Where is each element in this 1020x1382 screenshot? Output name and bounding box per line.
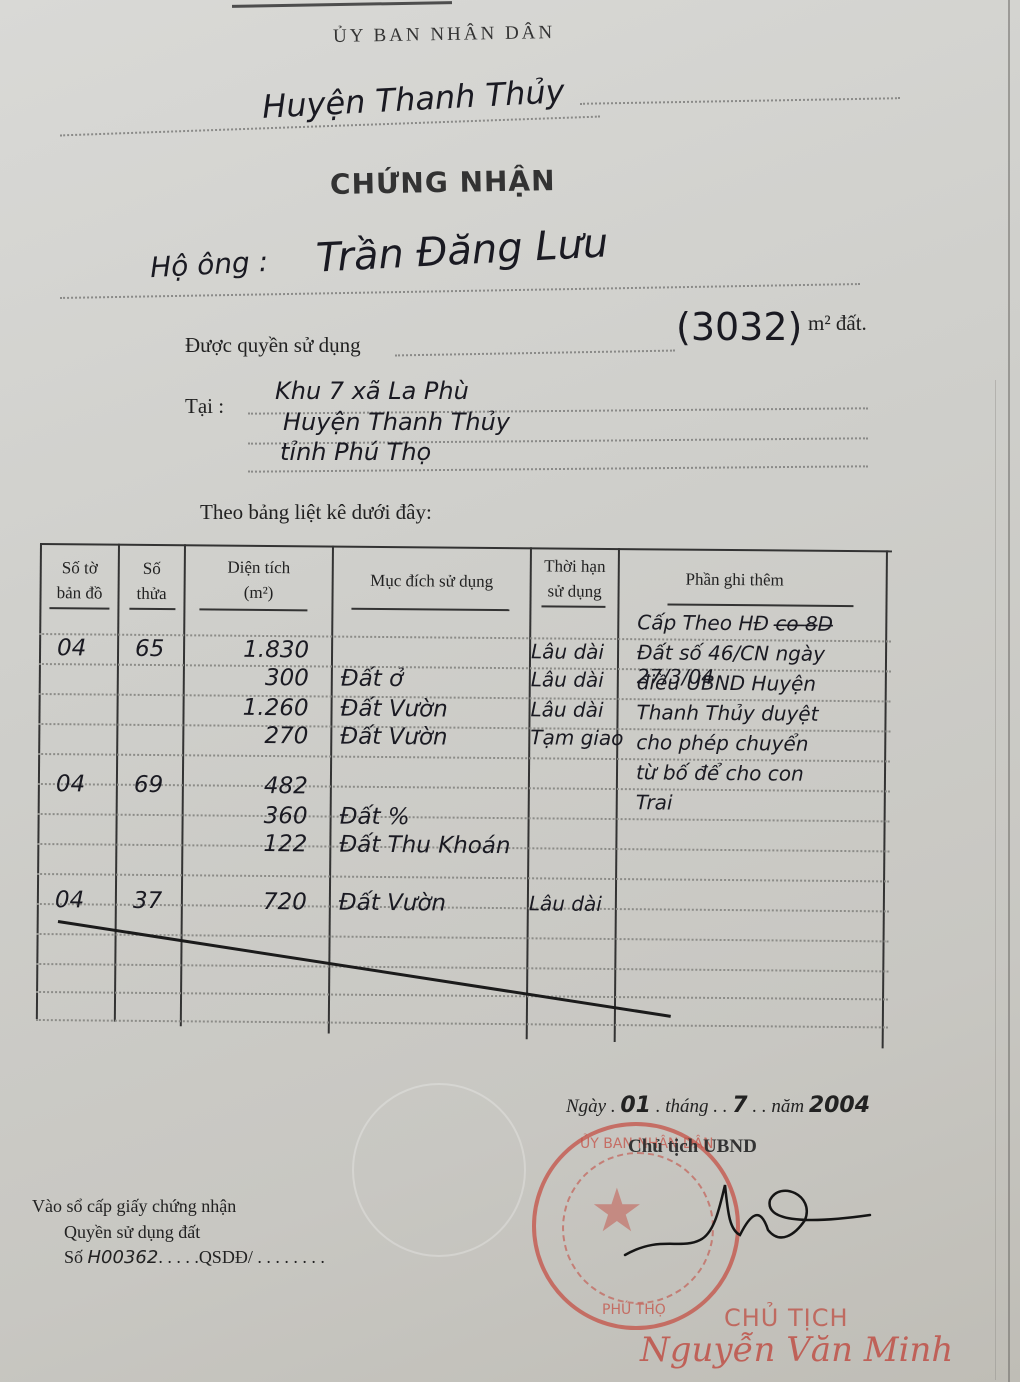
registration-line-2: Quyền sử dụng đất (64, 1222, 200, 1243)
table-cell-purpose: Đất ở (341, 666, 404, 693)
dotted-line (248, 465, 868, 472)
header-text: bản đồ (41, 580, 117, 606)
table-cell-purpose: Đất Vườn (340, 696, 447, 723)
certificate-page: ỦY BAN NHÂN DÂN Huyện Thanh Thủy CHỨNG N… (0, 0, 1020, 1382)
notes-line: điều UBND Huyện (637, 670, 816, 696)
chairman-name: Nguyễn Văn Minh (640, 1330, 953, 1370)
paper-crease (995, 380, 996, 1380)
table-cell-term: Lâu dài (529, 891, 602, 916)
date-month: 7 (732, 1093, 747, 1118)
table-cell-area: 300 (209, 664, 309, 691)
table-intro: Theo bảng liệt kê dưới đây: (200, 500, 432, 525)
header-text: sử dụng (531, 578, 617, 604)
notes-line: cho phép chuyển (636, 730, 808, 756)
signature-icon (620, 1175, 880, 1265)
table-top-border (40, 543, 892, 552)
row-line (36, 1019, 888, 1028)
table-cell-parcel: 69 (134, 772, 164, 798)
column-divider (328, 546, 334, 1034)
area-value: (3032) (676, 305, 802, 349)
table-cell-purpose: Đất Vườn (340, 724, 447, 751)
notes-line: Thanh Thủy duyệt (636, 700, 818, 726)
table-cell-area: 720 (207, 888, 307, 915)
notes-line: Trai (636, 790, 673, 814)
chairman-stamp-title: CHỦ TỊCH (724, 1304, 849, 1332)
header-underline (541, 605, 605, 608)
row-line (37, 873, 889, 882)
header-text: thửa (119, 581, 183, 607)
paper-fold (1008, 0, 1010, 1382)
location-line-2: Huyện Thanh Thủy (283, 408, 510, 436)
reg-suffix: . . . . .QSDĐ/ . . . . . . . . (158, 1247, 325, 1267)
dotted-line (60, 283, 860, 299)
registration-number: Số H00362. . . . .QSDĐ/ . . . . . . . . (64, 1247, 325, 1268)
header-text: Số (120, 556, 184, 582)
table-cell-purpose: Đất Vườn (339, 890, 446, 917)
header-parcel: Số thửa (119, 556, 183, 607)
dotted-line (395, 350, 675, 357)
area-unit: m² đất. (808, 311, 867, 336)
issuing-committee: ỦY BAN NHÂN DÂN (333, 22, 556, 48)
table-cell-parcel: 37 (133, 888, 163, 914)
row-line (37, 903, 889, 912)
header-underline (667, 603, 853, 607)
table-cell-map-sheet: 04 (57, 635, 87, 661)
holder-name: Trần Đăng Lưu (315, 220, 609, 281)
table-cell-term: Lâu dài (531, 667, 604, 692)
table-cell-map-sheet: 04 (56, 771, 86, 797)
row-line (38, 813, 890, 822)
location-line-3: tỉnh Phú Thọ (280, 438, 431, 466)
header-purpose: Mục đích sử dụng (334, 568, 530, 595)
top-edge-line (232, 1, 452, 8)
year-label: . . năm (752, 1096, 804, 1117)
row-line (36, 991, 888, 1000)
column-divider (36, 543, 42, 1019)
land-parcel-table: Số tờ bản đồ Số thửa Diện tích (m²) Mục … (36, 543, 892, 1048)
date-day: 01 (620, 1093, 651, 1118)
table-cell-map-sheet: 04 (55, 887, 85, 913)
header-text: (m²) (185, 579, 331, 605)
header-underline (49, 607, 109, 610)
header-underline (351, 608, 509, 611)
registration-line-1: Vào sổ cấp giấy chứng nhận (32, 1196, 236, 1217)
table-cell-area: 122 (207, 830, 307, 857)
column-divider (882, 550, 888, 1048)
month-label: . tháng . . (656, 1096, 728, 1117)
notes-line: Cấp Theo HĐ c̶o̶ ̶8̶D̶ (637, 610, 833, 636)
header-underline (129, 608, 175, 610)
holder-label: Hộ ông : (149, 245, 269, 284)
table-cell-purpose: Đất Thu Khoán (339, 832, 510, 859)
table-cell-area: 270 (208, 722, 308, 749)
header-map-sheet: Số tờ bản đồ (41, 555, 117, 606)
table-cell-area: 1.260 (208, 694, 308, 721)
header-term: Thời hạn sử dụng (531, 553, 617, 604)
reg-number: H00362 (88, 1247, 159, 1268)
seal-text-bottom: PHÚ THỌ (602, 1302, 666, 1318)
header-underline (199, 608, 307, 611)
location-label: Tại : (185, 394, 224, 419)
table-cell-term: Lâu dài (530, 697, 603, 722)
document-title: CHỨNG NHẬN (330, 164, 556, 201)
header-text: Diện tích (186, 554, 332, 580)
header-area: Diện tích (m²) (185, 554, 331, 605)
issue-date: Ngày . 01 . tháng . . 7 . . năm 2004 (566, 1093, 870, 1118)
header-notes: Phần ghi thêm (620, 566, 850, 593)
notes-line: từ bố để cho con (636, 760, 804, 785)
reg-prefix: Số (64, 1247, 83, 1267)
header-text: Số tờ (42, 555, 118, 581)
table-cell-area: 360 (208, 802, 308, 829)
table-cell-area: 1.830 (209, 636, 309, 663)
table-cell-term: Tạm giao (530, 725, 623, 750)
date-year: 2004 (809, 1093, 870, 1118)
location-line-1: Khu 7 xã La Phù (275, 377, 469, 405)
table-cell-term: Lâu dài (531, 639, 604, 664)
dotted-line (580, 97, 900, 105)
date-prefix: Ngày . (566, 1096, 616, 1117)
table-cell-purpose: Đất % (340, 804, 410, 831)
table-cell-area: 482 (208, 772, 308, 799)
embossed-seal (352, 1083, 526, 1257)
column-divider (526, 547, 532, 1039)
header-text: Thời hạn (532, 553, 618, 579)
table-cell-parcel: 65 (135, 636, 165, 662)
row-line (36, 963, 888, 972)
area-label: Được quyền sử dụng (185, 333, 361, 358)
chairman-title: Chủ tịch UBND (628, 1136, 757, 1158)
